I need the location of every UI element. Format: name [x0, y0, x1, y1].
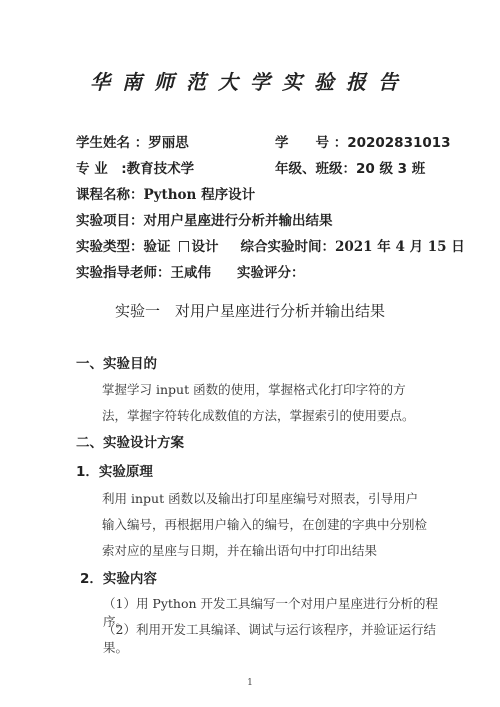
type-option-verify: 验证	[144, 239, 171, 255]
type-option-design: 设计	[192, 239, 219, 255]
score-label: 实验评分：	[237, 265, 305, 281]
document-page: 华南师范大学实验报告 学生姓名 ：罗丽思 学 号 ：20202831013 专 …	[0, 0, 500, 707]
student-id: 20202831013	[347, 135, 450, 151]
time-label: 综合实验时间：	[241, 239, 336, 255]
project-label: 实验项目：	[76, 213, 144, 229]
student-name: 罗丽思	[148, 135, 189, 151]
page-number: 1	[0, 678, 500, 688]
teacher-row: 实验指导老师：王咸伟实验评分：	[76, 261, 305, 281]
experiment-title: 实验一 对用户星座进行分析并输出结果	[0, 300, 500, 321]
student-id-row: 学 号 ：20202831013	[275, 131, 451, 151]
course-row: 课程名称：Python 程序设计	[76, 183, 255, 203]
section-paragraph-principle: 利用 input 函数以及输出打印星座编号对照表，引导用户输入编号，再根据用户输…	[76, 486, 428, 564]
course-label: 课程名称：	[76, 187, 144, 203]
section-heading-principle: 1．实验原理	[76, 460, 153, 480]
section-heading-content: 2．实验内容	[80, 567, 157, 587]
checkbox-icon	[179, 241, 189, 252]
type-label: 实验类型：	[76, 239, 144, 255]
student-name-row: 学生姓名 ：罗丽思	[76, 131, 189, 151]
section-heading-purpose: 一、实验目的	[76, 352, 157, 372]
section-paragraph-purpose: 掌握学习 input 函数的使用，掌握格式化打印字符的方法，掌握字符转化成数值的…	[76, 377, 428, 429]
teacher: 王咸伟	[171, 265, 212, 281]
report-title: 华南师范大学实验报告	[0, 66, 500, 95]
project-row: 实验项目：对用户星座进行分析并输出结果	[76, 209, 333, 229]
type-row: 实验类型：验证设计综合实验时间：2021 年 4 月 15 日	[76, 235, 465, 255]
grade-class-label: 年级、班级：	[275, 161, 356, 177]
teacher-label: 实验指导老师：	[76, 265, 171, 281]
grade-class-row: 年级、班级：20 级 3 班	[275, 157, 425, 177]
major: 教育技术学	[127, 161, 195, 177]
student-name-label: 学生姓名 ：	[76, 135, 148, 151]
section-heading-design: 二、实验设计方案	[76, 431, 184, 451]
time: 2021 年 4 月 15 日	[335, 239, 465, 255]
content-item-2: （2）利用开发工具编译、调试与运行该程序，并验证运行结果。	[103, 620, 443, 656]
student-id-label: 学 号 ：	[275, 135, 347, 151]
major-row: 专 业 :教育技术学	[76, 157, 194, 177]
course: Python 程序设计	[144, 187, 256, 203]
grade-class: 20 级 3 班	[356, 161, 425, 177]
major-label: 专 业 :	[76, 161, 127, 177]
project: 对用户星座进行分析并输出结果	[144, 213, 333, 229]
